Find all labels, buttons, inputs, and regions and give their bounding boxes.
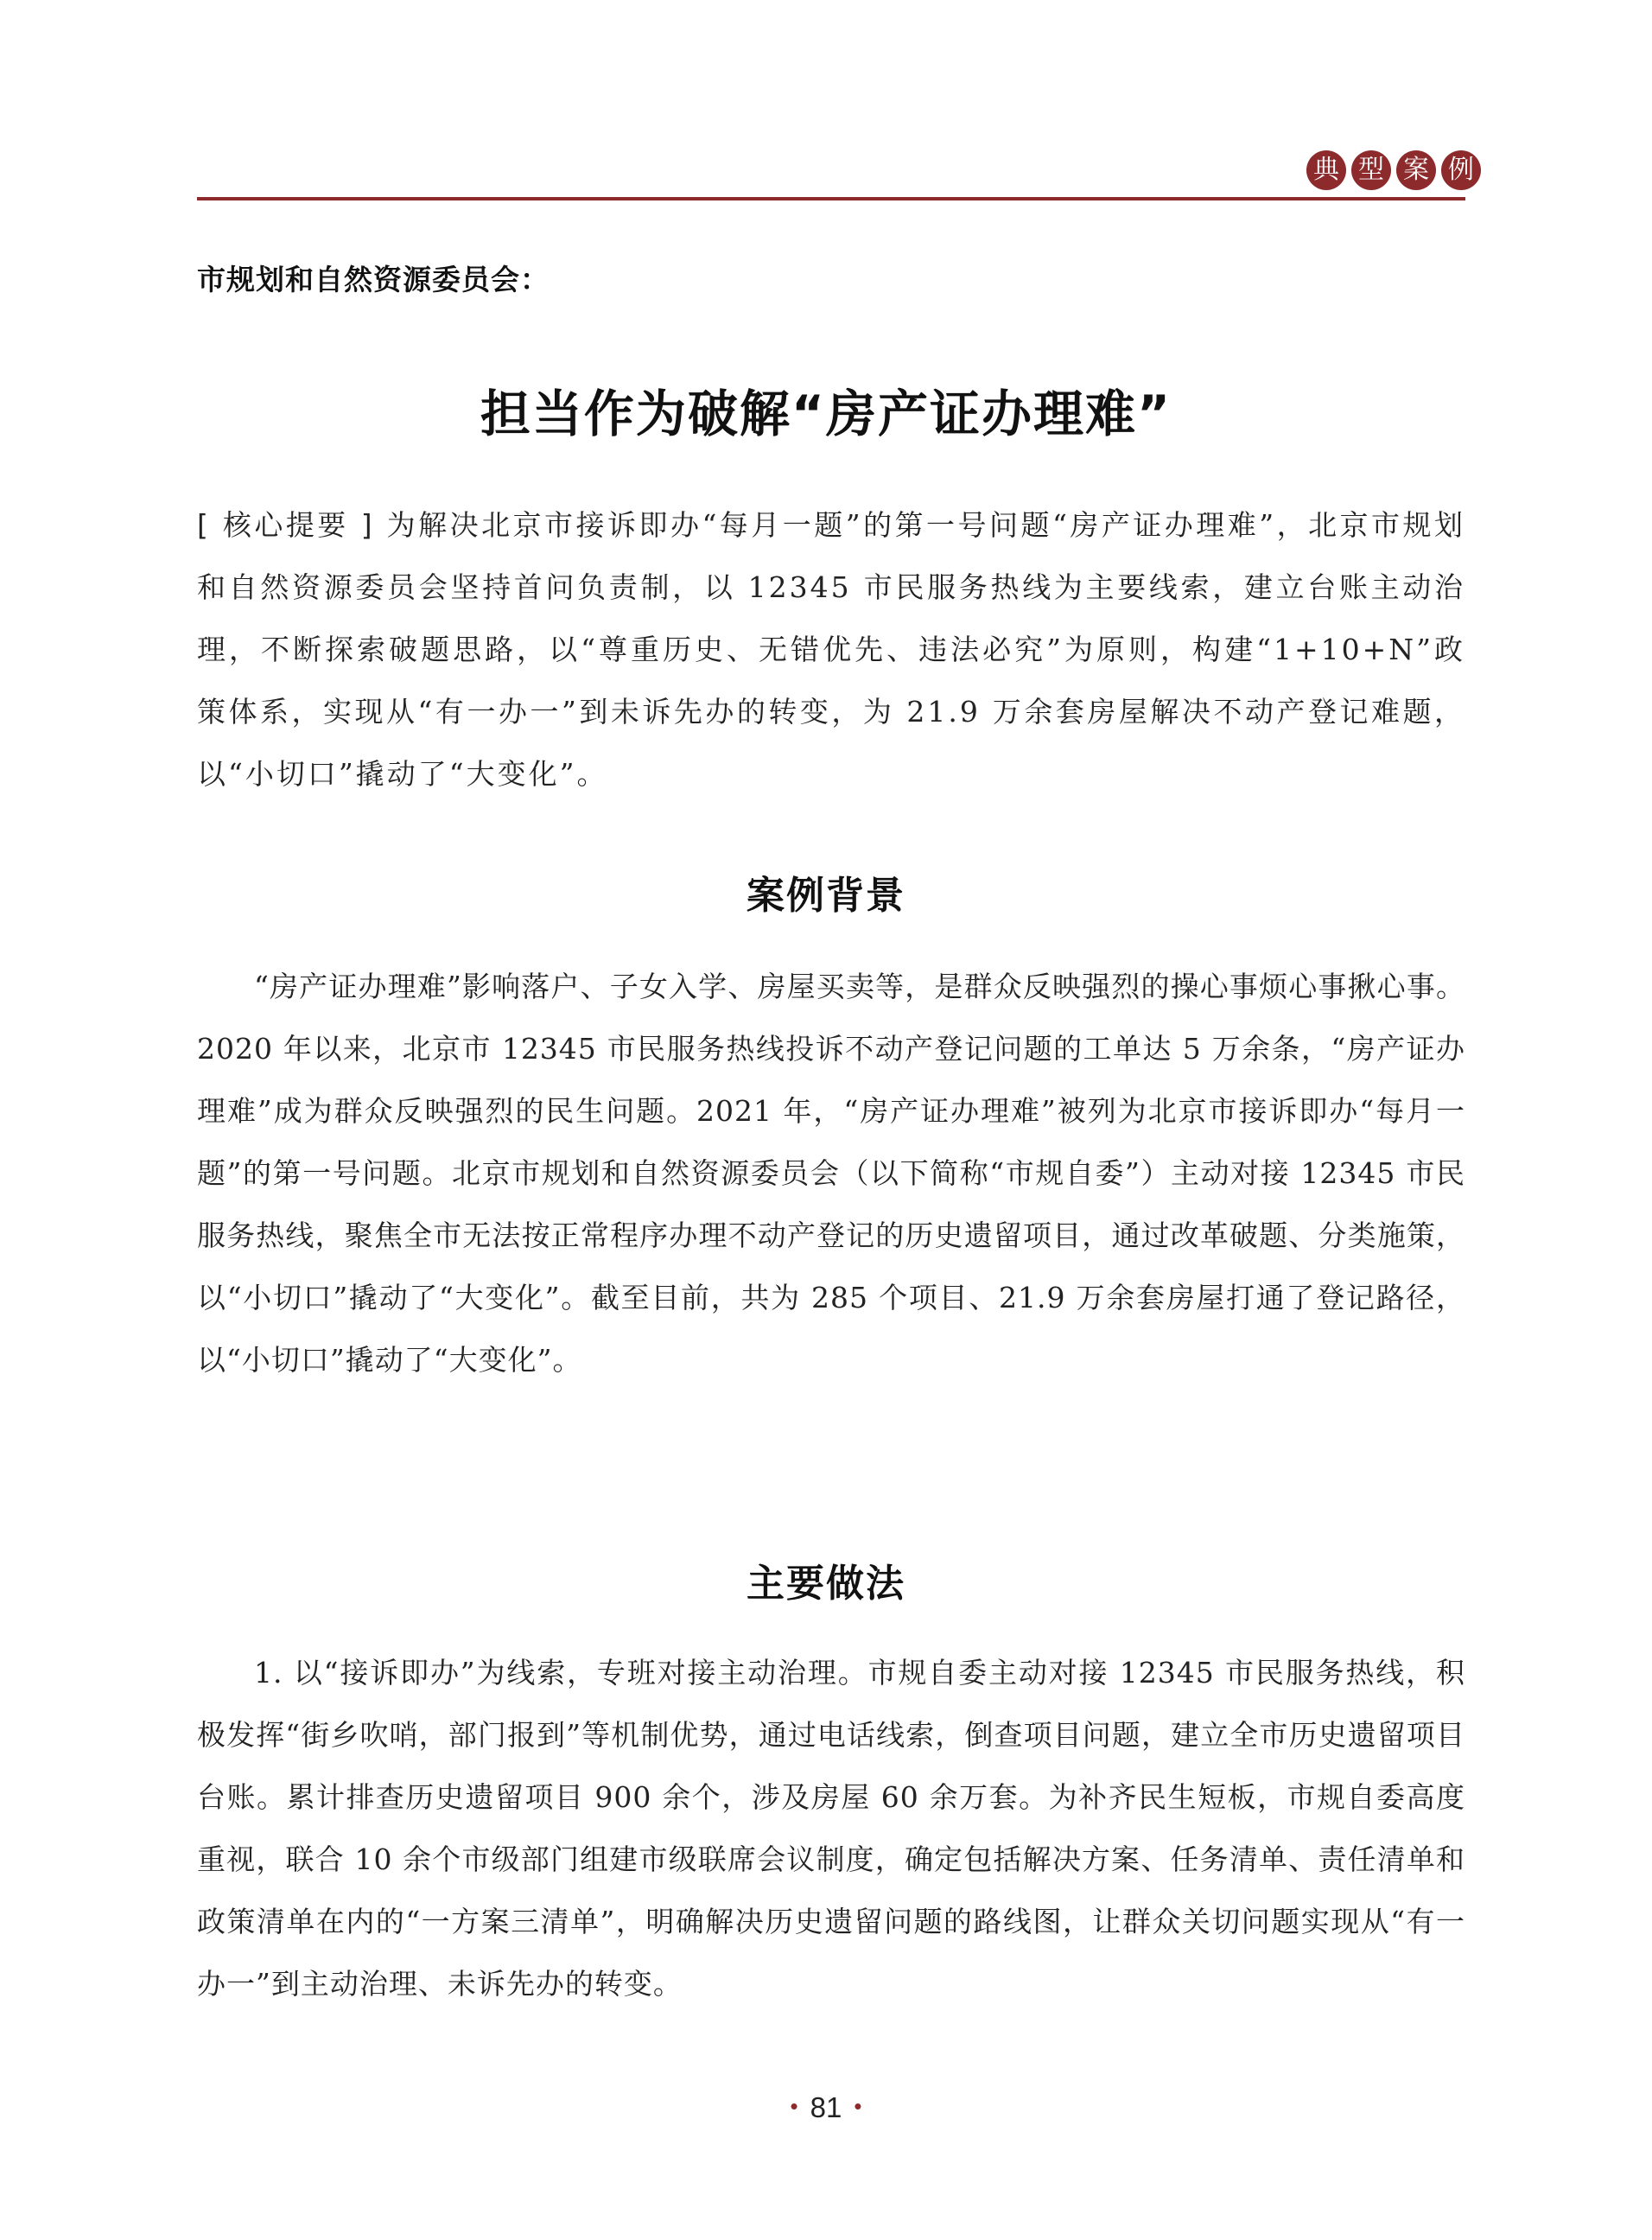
page-title: 担当作为破解“房产证办理难” [0,373,1652,446]
abstract-text: 为解决北京市接诉即办“每月一题”的第一号问题“房产证办理难”，北京市规划和自然资… [197,508,1465,791]
organization-name: 市规划和自然资源委员会： [197,258,550,298]
abstract-label: [ 核心提要 ] [197,508,375,542]
tag-badge: 型 [1351,150,1391,190]
section-heading-main-practices: 主要做法 [0,1552,1652,1607]
section-tag-typical-cases: 典 型 案 例 [1306,150,1481,190]
bullet-dot-icon: • [854,2093,861,2119]
header-divider [197,197,1465,200]
page-number-value: 81 [810,2091,842,2123]
page-number: •81• [0,2091,1652,2124]
paragraph-practice-1: 1. 以“接诉即办”为线索，专班对接主动治理。市规自委主动对接 12345 市民… [197,1642,1465,2015]
tag-badge: 案 [1396,150,1436,190]
tag-badge: 典 [1306,150,1346,190]
tag-badge: 例 [1441,150,1481,190]
bullet-dot-icon: • [791,2093,798,2119]
abstract: [ 核心提要 ] 为解决北京市接诉即办“每月一题”的第一号问题“房产证办理难”，… [197,494,1465,805]
paragraph-background: “房产证办理难”影响落户、子女入学、房屋买卖等，是群众反映强烈的操心事烦心事揪心… [197,956,1465,1391]
section-heading-background: 案例背景 [0,864,1652,920]
